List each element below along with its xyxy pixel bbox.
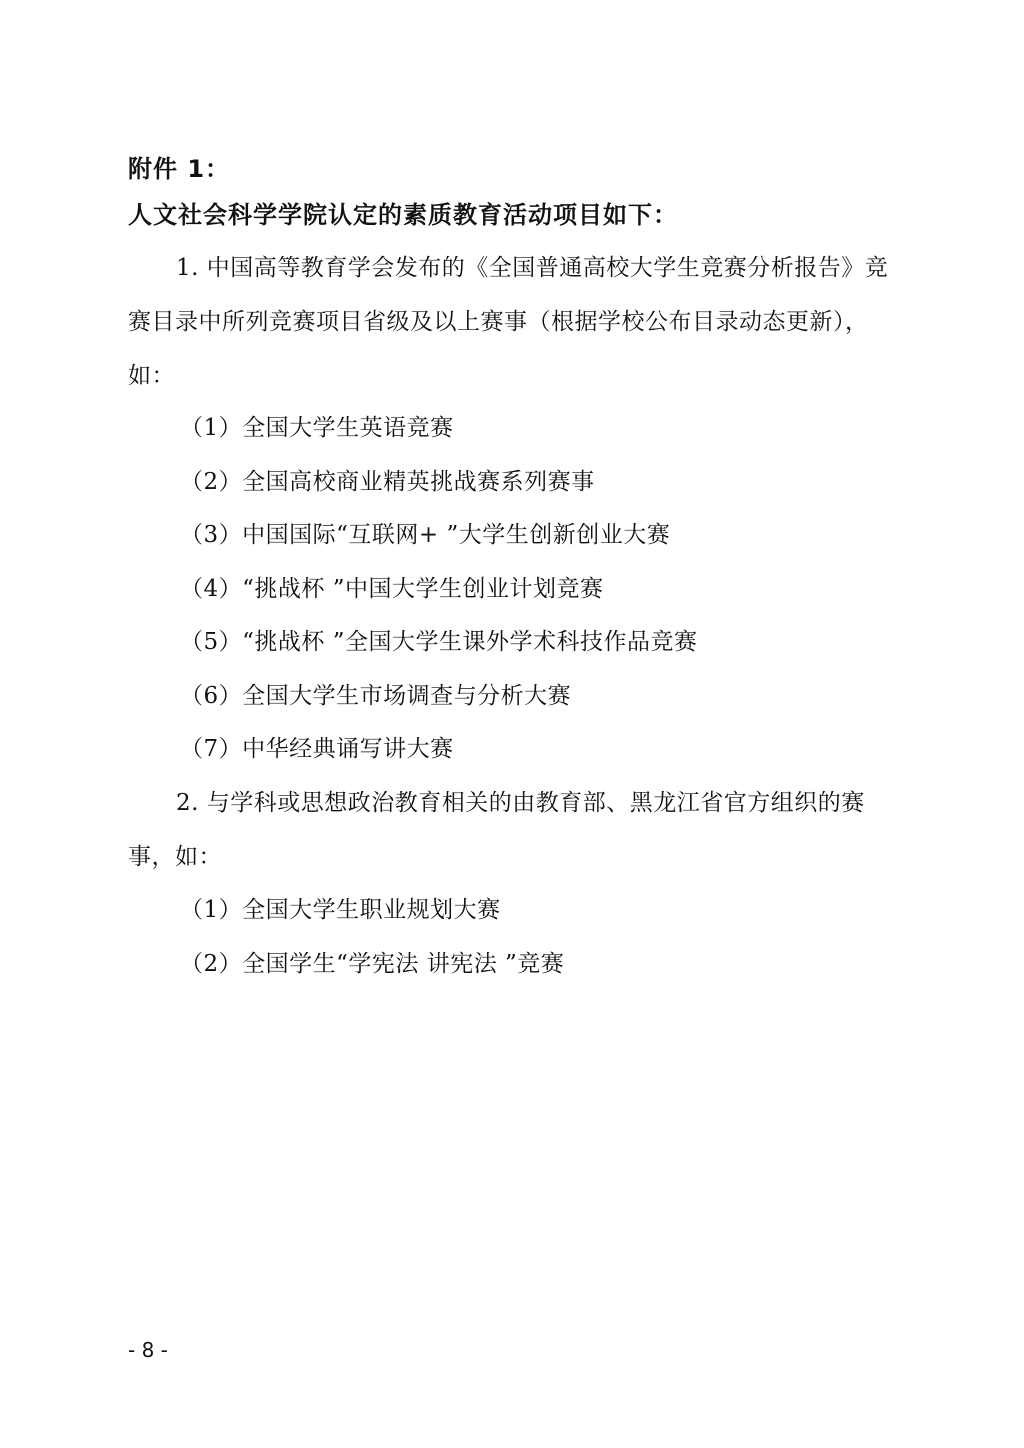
list-item: （4）“挑战杯 ”中国大学生创业计划竞赛 (180, 574, 603, 604)
list-item: （7）中华经典诵写讲大赛 (180, 734, 454, 764)
list-item: （3）中国国际“互联网+ ”大学生创新创业大赛 (180, 520, 670, 550)
list-item: （1）全国大学生英语竞赛 (180, 413, 454, 443)
list-item: （2）全国高校商业精英挑战赛系列赛事 (180, 467, 595, 497)
list-item: （6）全国大学生市场调查与分析大赛 (180, 681, 571, 711)
section-2-intro-line-1: 2. 与学科或思想政治教育相关的由教育部、黑龙江省官方组织的赛 (176, 788, 865, 818)
document-heading: 人文社会科学学院认定的素质教育活动项目如下： (128, 200, 678, 230)
attachment-label: 附件 1： (128, 154, 230, 184)
page-number: - 8 - (128, 1337, 168, 1363)
section-2-intro-line-2: 事，如： (128, 842, 222, 872)
list-item: （2）全国学生“学宪法 讲宪法 ”竞赛 (180, 949, 564, 979)
list-item: （5）“挑战杯 ”全国大学生课外学术科技作品竞赛 (180, 627, 697, 657)
section-1-intro-line-3: 如： (128, 361, 175, 391)
list-item: （1）全国大学生职业规划大赛 (180, 895, 501, 925)
section-1-intro-line-1: 1. 中国高等教育学会发布的《全国普通高校大学生竞赛分析报告》竞 (176, 253, 888, 283)
section-1-intro-line-2: 赛目录中所列竞赛项目省级及以上赛事（根据学校公布目录动态更新）， (128, 307, 869, 337)
document-page: 附件 1： 人文社会科学学院认定的素质教育活动项目如下： 1. 中国高等教育学会… (0, 0, 1024, 1448)
